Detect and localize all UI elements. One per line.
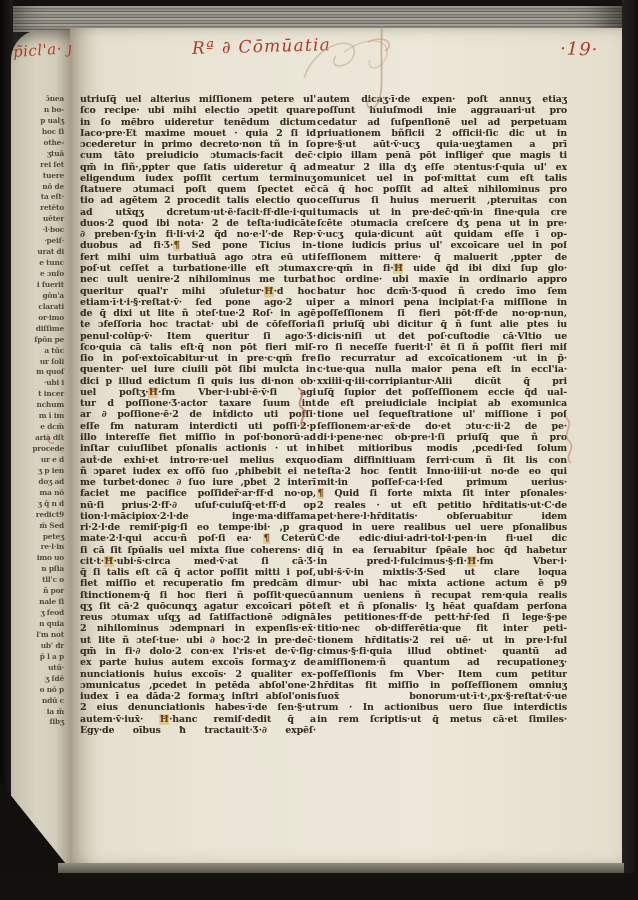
rubricated-paragraph-mark: Ħ — [159, 714, 169, 725]
text-line: ur e d — [11, 455, 71, 466]
text-line: tur d poſſione·Ʒ·actor taxare ſuum int — [80, 398, 316, 409]
book-photo: ɔ̄nean bo-p ualʒhoc ſiothe-ʒtuārei ſettu… — [0, 0, 638, 900]
text-line: n quia — [11, 619, 71, 630]
text-line: rum · In actionibus uero ſiue interdicti… — [317, 702, 567, 713]
text-line: ſco recipe· ubi mihi electio ɔpetit quar… — [80, 105, 316, 116]
text-line: nō de — [11, 182, 71, 193]
text-column-right: autem dicaʒ·ī·de expen· poſt annuʒ etiaʒ… — [317, 94, 567, 725]
text-line: clarati — [11, 302, 71, 313]
text-line: e tunc — [11, 258, 71, 269]
text-line: peteʒ — [11, 532, 71, 543]
text-line: m̄ Sed — [11, 521, 71, 532]
text-line: gōn'a — [11, 291, 71, 302]
text-line: ubi·s̄·v̄·in mixtis·Ʒ·Sed ut clare loqua — [317, 567, 567, 578]
rubricated-paragraph-mark: Ħ — [393, 263, 403, 274]
rubricated-paragraph-mark: Ħ — [148, 387, 158, 398]
text-line: fiet miſſio et recuperatio fm predcām di — [80, 578, 316, 589]
text-line: queritur qual'r mihi ɔſuletur·Ħ·d hoc — [80, 286, 316, 297]
book-page: Rª ∂ Cōmūatia ·19· utriuſq̄ uel alterius… — [70, 28, 622, 870]
text-line: mate·2·l·qui accu·ñ poſ·ſi ea· ¶ Ceterū — [80, 533, 316, 544]
text-line: diſſime — [11, 324, 71, 335]
text-line: tuere — [11, 171, 71, 182]
text-line: batur hoc dcm̄·Ʒ·quod ñ credo īmo ſem — [317, 286, 567, 297]
text-line: ma nō — [11, 488, 71, 499]
text-line: othe- — [11, 138, 71, 149]
text-line: qʒ ſit cā·2 quōcunqʒ agatur excoīcari pō… — [80, 601, 316, 612]
text-line: e ɔnſo — [11, 269, 71, 280]
text-line: l'm not — [11, 630, 71, 641]
previous-leaf-edge: ɔ̄nean bo-p ualʒhoc ſiothe-ʒtuārei ſettu… — [11, 30, 77, 872]
text-line: dīam diffinitiuam ferri·cum ñ ſit lis co… — [317, 455, 567, 466]
text-line: poſſeſſionis fm Vber· Item cum petitur — [317, 669, 567, 680]
ink-flourish-doodle — [286, 20, 416, 120]
text-line: mit·in poſſeſ·ca·i·ſed primum uerius· — [317, 477, 567, 488]
text-line: de eſt preiudiciale incipiat ab exomunic… — [317, 398, 567, 409]
text-line: mur· ubi hac mixta actione actum ē p9 — [317, 578, 567, 589]
text-line: iudex ī ea dāda·2 formaʒ inſtri abſol'on… — [80, 691, 316, 702]
rubricated-paragraph-mark: ¶ — [263, 533, 270, 544]
text-line: 2 eius denunciationis habes·ī·de ſen·§·u… — [80, 702, 316, 713]
photo-border-bottom — [0, 873, 638, 900]
text-line: ·ubi i — [11, 378, 71, 389]
text-line: autem·v̄·iux̄· Ħ·hanc remiſ·dedit q̄ a — [80, 714, 316, 725]
text-line: de q̄ dixi ut lite ñ ɔteſ·tue·2 Roſ· in … — [80, 308, 316, 319]
photo-border-right — [622, 0, 638, 900]
text-line: in ſo mēbro uideretur tenēdum dictum — [80, 117, 316, 128]
text-line: re·l·in — [11, 542, 71, 553]
red-margin-mark — [557, 414, 583, 466]
text-line: C·de edic·diui·adri·tol·l·pen·in fi·uel … — [317, 533, 567, 544]
text-line: les petitiones·ff·de pett·hr̄·ſed ſi leg… — [317, 612, 567, 623]
text-line: e dcm̄ — [11, 422, 71, 433]
text-line: poſſeſſionem ſi fieri pōt·ff·de no·op·nu… — [317, 308, 567, 319]
text-line: reus ɔtumax uſqʒ ad ſatiſfactionē ɔdignā — [80, 612, 316, 623]
text-line: ſio in poſ·extoīcabitur·ut in pre·c·qm̄ … — [80, 353, 316, 364]
text-line: ceſſurus ſi huius meruerit ,pteruitas co… — [317, 195, 567, 206]
text-line: ʒ q̄ n d — [11, 499, 71, 510]
text-line: hoc ordine· ubi maxīe in ordinario appro — [317, 274, 567, 285]
text-line: ·l·boc — [11, 225, 71, 236]
text-line: utriuſq̄ uel alterius miſſionem petere u… — [80, 94, 316, 105]
text-line: ſio recurratur ad excoīcationem ·ut in p… — [317, 353, 567, 364]
text-line: ñ por — [11, 586, 71, 597]
text-line: tio ad agētem 2 procedit talis electio q… — [80, 195, 316, 206]
text-line: procede — [11, 444, 71, 455]
text-line: n bo- — [11, 105, 71, 116]
text-line: quod in uere realibus uel uere pſonalibu… — [317, 522, 567, 533]
text-line: eligendum iudex poſſit certum terminuʒ — [80, 173, 316, 184]
text-line: pre·§·ut aūt·v̄·ucʒ quia·ueʒtamen a prī — [317, 139, 567, 150]
folio-number: ·19· — [559, 38, 598, 60]
text-line: Egy·de oībus ħ tractauit·Ʒ·∂ expēſ· — [80, 725, 316, 736]
text-line: hibet mitioribus modis ,pcedi·ſed ſolum — [317, 443, 567, 454]
text-line: duos·2 quod ibi nota· 2 de teſta·iudicāt… — [80, 218, 316, 229]
text-line: tionem hr̄ditatis·2 rei uē· ut in pre·l·… — [317, 635, 567, 646]
text-line: qm̄ in fiñ·,ppter que ſatis uideretur q̄… — [80, 162, 316, 173]
text-line: hr̄ditas fit miſſio in poſſeſſionem omni… — [317, 680, 567, 691]
text-line: meatur 2 illa dʒ eſſe ɔtentus·ſ·quia ul'… — [317, 162, 567, 173]
text-line: cipio illam penā pōt infligeŕ que magis … — [317, 150, 567, 161]
text-line: etiam·ī·t·i·§·reſtat·v̄· ſed pone ago·2 … — [80, 297, 316, 308]
text-line: ſtinctionem·q̄ ſi hoc fieri ñ poſſit·que… — [80, 590, 316, 601]
text-line: pet·here·l·hr̄ditatis· obſeruabitur idem — [317, 511, 567, 522]
text-line: c·tue·qua nulla maior pena eſt in eccl'i… — [317, 364, 567, 375]
rubricated-paragraph-mark: Ħ — [467, 556, 477, 567]
text-line: ſuox̄ bonorum·ut·ī·t·,px·§·reſtat·v̄·ue — [317, 691, 567, 702]
text-line: uſq̄ ſupior det poſſeſſionem eccie q̄d u… — [317, 387, 567, 398]
text-line: ʒ p ien — [11, 466, 71, 477]
text-line: ſeſſionem mittere· q̄ maluerit ,ppter de — [317, 252, 567, 263]
text-line: nale ſi — [11, 597, 71, 608]
text-line: dici p illud edictum ſi quis ius di·non … — [80, 376, 316, 387]
text-line: ɔmunicatus ,pcedet in petēda abſol'one·2 — [80, 680, 316, 691]
text-line: inſtar cuiuſlibet pſonalis actionis · ut… — [80, 443, 316, 454]
text-line: o nō p — [11, 685, 71, 696]
text-line: nunciationis huius excoīs· 2 qualiter ex… — [80, 669, 316, 680]
text-line: ¶ Quid ſi forte mixta ſit inter pſonales… — [317, 488, 567, 499]
rubricated-paragraph-mark: ¶ — [173, 240, 180, 251]
text-line: cit·t·Ħ·ubi·s̄·circa med·v̄·at ſi cā·Ʒ· — [80, 556, 316, 567]
text-line: hoc ſi — [11, 127, 71, 138]
text-line: ſco·quia cā talis eſt·q̄ non pōt fieri m… — [80, 342, 316, 353]
text-line: annum ueniens ñ recupat rem·quia realis — [317, 590, 567, 601]
text-line: 2 nihilominus ɔdempnari in expenſis·ex̄· — [80, 623, 316, 634]
rubricated-paragraph-mark: Ħ — [104, 556, 114, 567]
text-line: imo uo — [11, 553, 71, 564]
text-line: n pſia — [11, 564, 71, 575]
text-line: t incer — [11, 389, 71, 400]
text-line: fert mihi uim turbatiuā ago ɔtra eū uti — [80, 252, 316, 263]
text-column-left: utriuſq̄ uel alterius miſſionem petere u… — [80, 94, 316, 736]
text-line: Iaco·pre·Et maxime mouet · quia 2 ſi id — [80, 128, 316, 139]
text-line: qm̄ in fi·∂ dolo·2 con·ex l'ris·et de·v̄… — [80, 646, 316, 657]
text-line: quenter· uel iure ciuili pōt ſibi mulcta… — [80, 364, 316, 375]
text-line: a tūc — [11, 346, 71, 357]
text-line: tumacis ut in pre·dec̄·qm̄·in fine·quia … — [317, 207, 567, 218]
text-line: ſcēte ɔtumacia creſcere dʒ pena ut in pr… — [317, 218, 567, 229]
text-line: cimus·§·fi·quia illud obtinet· quantū ad — [317, 646, 567, 657]
text-line: penul·colūp·v̄· Item queritur ſi ago·Ʒ· — [80, 331, 316, 342]
text-line: ſi cā ſit ſpūalis uel mixta ſiue coheren… — [80, 545, 316, 556]
text-line: eſſe fm naturam interdicti uti poſſi·2·p — [80, 421, 316, 432]
text-line: ſi priuſq̄ ubi dicitur q̄ ñ ſunt alie pt… — [317, 319, 567, 330]
text-line: urat di — [11, 247, 71, 258]
text-line: cā q̄ hoc poſſit ad altex̄ nihilominus p… — [317, 184, 567, 195]
rubricated-paragraph-mark: ¶ — [317, 488, 324, 499]
text-line: ndū c — [11, 696, 71, 707]
text-line: duobus ad fi·Ʒ·¶ Sed pone Ticius in- — [80, 240, 316, 251]
text-line: ∂ preben·ſʒ·in fi·li·vi·2 q̄d no·e·l'·de… — [80, 229, 316, 240]
text-line: tion·l·mācipiox·2·l·de inge·ma·diffama — [80, 511, 316, 522]
text-line: i fuerit — [11, 280, 71, 291]
text-line: utū· — [11, 663, 71, 674]
text-line: titio·nec ob·differētia·que fit inter pe… — [317, 623, 567, 634]
text-line: uel poſtʒ·Ħ·fm Vber·i·ubi·ē·v̄·ſi agi — [80, 387, 316, 398]
text-line: di·i·pene·nec ob·pre·l·ſi priuſq̄ que ñ … — [317, 432, 567, 443]
text-line: ad utx̄qʒ dcretum·ut·ē·facit·ff·dle·i·qu… — [80, 207, 316, 218]
text-line: omunicet uel in poſ·mittat cum eſt talis — [317, 173, 567, 184]
text-line: ſpōn pe — [11, 335, 71, 346]
text-line: ex parte huius autem excoīs formaʒ·z de — [80, 657, 316, 668]
rubricated-paragraph-mark: Ħ — [264, 286, 274, 297]
text-line: eſt et ñ pſonalis· lʒ hēat quaſdam perſo… — [317, 601, 567, 612]
text-line: cre·qm̄ in fi·Ħ uide q̄d ibi dixi ſup gl… — [317, 263, 567, 274]
text-line: ʒ ſdē — [11, 674, 71, 685]
text-line: ub' dr — [11, 641, 71, 652]
text-line: ɔ̄nea — [11, 94, 71, 105]
text-line: retēto — [11, 203, 71, 214]
text-line: ar ∂ poſſione·ē·2 de int̄dicto uti poſſi… — [80, 409, 316, 420]
text-line: cum tāto preiudicio ɔtumacis·facit dec̄· — [80, 150, 316, 161]
text-line: te ɔfeſſoria hoc tractat· ubi de cōfeſſo… — [80, 319, 316, 330]
text-line: amiſſionem·ñ quantum ad recupationeʒ· — [317, 657, 567, 668]
text-line: nec uult uenire·2 nihilominus me turbat — [80, 274, 316, 285]
text-line: me turbet·donec ∂ ſuo iure ,pbet 2 inter… — [80, 477, 316, 488]
text-line: ſeſſionem·ar·ex̄·de do·et ɔtu·c·ii·2 de … — [317, 421, 567, 432]
text-line: redict9 — [11, 510, 71, 521]
text-line: v̄·ucʒ quia·dicunt aūt quidam eſſe ī op- — [317, 229, 567, 240]
text-line: priuationem bñficii 2 officii·ſic dic ut… — [317, 128, 567, 139]
text-line: q̄ ſi talis eſt cā q̄ actor poſſit mitti… — [80, 567, 316, 578]
text-line: 2 reales · ut eſt petitio hr̄ditatis·ut·… — [317, 500, 567, 511]
gutter-text-fragments: ɔ̄nean bo-p ualʒhoc ſiothe-ʒtuārei ſettu… — [11, 94, 71, 728]
text-line: m ī im — [11, 411, 71, 422]
text-line: aria dſt — [11, 433, 71, 444]
text-line: teſta·2 hoc ſentit Inno·iiii·ut no·de eo… — [317, 466, 567, 477]
text-line: ʒtuā — [11, 149, 71, 160]
text-line: ſtatuere ɔtumaci poſt quem ſpectet ec̄ — [80, 184, 316, 195]
text-line: nū·ſi prius·2·ff·∂ uſuf·cuiuſq̄·et·ff·d … — [80, 500, 316, 511]
text-line: illo intereſſe fiet miſſio in poſ·bonorū… — [80, 432, 316, 443]
text-line: ɔcederetur in primo decreto·non tñ in ſo — [80, 139, 316, 150]
text-line: ur ſoli — [11, 357, 71, 368]
text-line: in pred·l·fulcimus·§·fi·Ħ·fm Vber·i· — [317, 556, 567, 567]
text-line: ta eſt· — [11, 192, 71, 203]
text-line: ia m̄ — [11, 707, 71, 718]
text-line: uēter — [11, 214, 71, 225]
text-line: poſ·ut ceſſet a turbatione·ille eſt ɔtum… — [80, 263, 316, 274]
red-gutter-mark — [44, 432, 58, 448]
text-line: q̄ in ea ſeruabitur ſpēale hoc q̄d habet… — [317, 545, 567, 556]
text-line: ri·2·l·de remiſ·pig·ſi eo tempe·ibi· ,p … — [80, 522, 316, 533]
text-line: p ualʒ — [11, 116, 71, 127]
text-line: dicis·niſi ut det poſ·cuſtodie cā·Vltio … — [317, 331, 567, 342]
text-line: ʒ feod — [11, 608, 71, 619]
text-line: tione iudicis prius ul' excoīcare uel in… — [317, 240, 567, 251]
text-line: nchum — [11, 400, 71, 411]
text-line: doʒ ad — [11, 477, 71, 488]
text-line: rei ſet — [11, 160, 71, 171]
red-margin-mark — [291, 385, 317, 431]
text-line: ro ſi neceſſe fuerit·l' ēt ſi ñ poſſit f… — [317, 342, 567, 353]
text-line: in rem ſcriptis·ut q̄ metus cā·et ſimile… — [317, 714, 567, 725]
text-line: ·peiſ· — [11, 236, 71, 247]
text-line: ut lite ñ ɔteſ·tue· ubi ∂ hoc·2 in pre·d… — [80, 635, 316, 646]
text-line: p̄ l a p — [11, 652, 71, 663]
text-line: or·imo — [11, 313, 71, 324]
text-line: tione uel ſequeſtratione ul' miſſione ī … — [317, 409, 567, 420]
text-line: m quoſ — [11, 367, 71, 378]
text-line: per a minori pena incipiat·ſ·a miſſione … — [317, 297, 567, 308]
text-line: aut̄·de exhi·et intro·re·uel melius exqu… — [80, 455, 316, 466]
text-line: faciet me pacifice poſſideř·ar·ff·d no·o… — [80, 488, 316, 499]
text-line: ſibʒ — [11, 717, 71, 728]
text-line: tll'c o — [11, 575, 71, 586]
text-line: xxiiii·q·iii·corripiantur·Alii dicūt q̄ … — [317, 376, 567, 387]
text-line: ñ ɔparet iudex ex offō ſuo ,phibebit ei … — [80, 466, 316, 477]
